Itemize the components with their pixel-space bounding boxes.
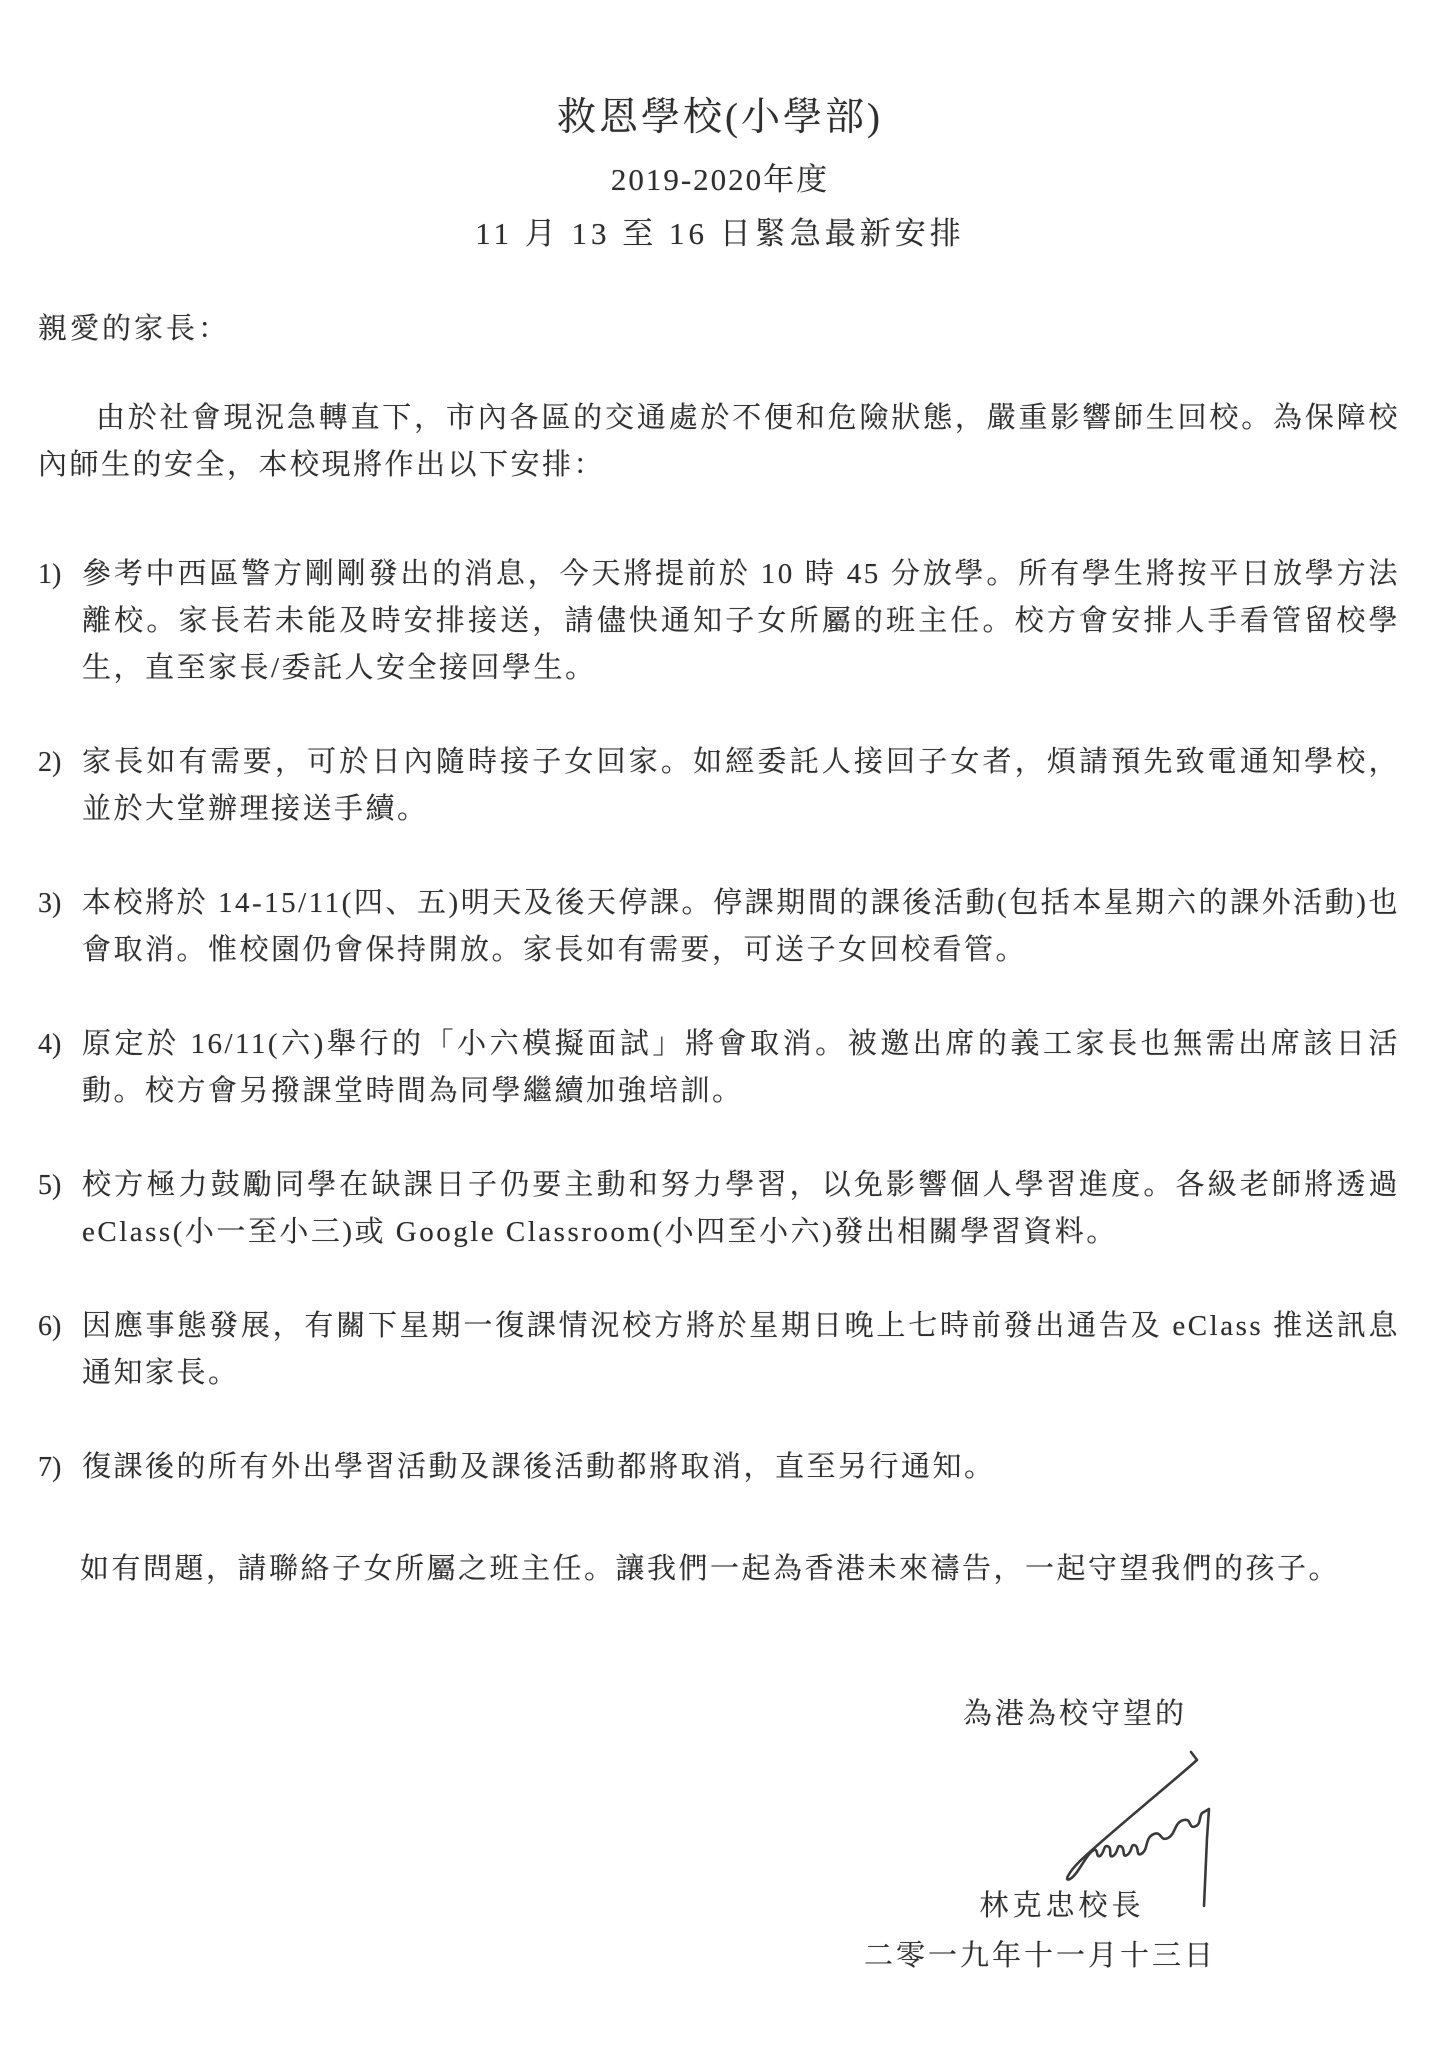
list-item: 3) 本校將於 14-15/11(四、五)明天及後天停課。停課期間的課後活動(包…	[38, 880, 1400, 974]
item-number: 1)	[38, 551, 82, 692]
list-item: 2) 家長如有需要，可於日內隨時接子女回家。如經委託人接回子女者，煩請預先致電通…	[38, 739, 1400, 833]
item-number: 3)	[38, 880, 82, 974]
list-item: 1) 參考中西區警方剛剛發出的消息，今天將提前於 10 時 45 分放學。所有學…	[38, 551, 1400, 692]
notice-page: 救恩學校(小學部) 2019-2020年度 11 月 13 至 16 日緊急最新…	[0, 0, 1440, 2066]
signer-name: 林克忠校長	[979, 1883, 1144, 1924]
item-number: 4)	[38, 1021, 82, 1115]
list-item: 6) 因應事態發展，有關下星期一復課情況校方將於星期日晚上七時前發出通告及 eC…	[38, 1303, 1400, 1397]
school-name: 救恩學校(小學部)	[0, 86, 1440, 142]
list-item: 5) 校方極力鼓勵同學在缺課日子仍要主動和努力學習，以免影響個人學習進度。各級老…	[38, 1162, 1400, 1256]
salutation: 親愛的家長：	[38, 306, 230, 347]
item-text: 家長如有需要，可於日內隨時接子女回家。如經委託人接回子女者，煩請預先致電通知學校…	[82, 739, 1400, 833]
school-year: 2019-2020年度	[0, 154, 1440, 199]
item-text: 校方極力鼓勵同學在缺課日子仍要主動和努力學習，以免影響個人學習進度。各級老師將透…	[82, 1162, 1400, 1256]
closing-paragraph: 如有問題，請聯絡子女所屬之班主任。讓我們一起為香港未來禱告，一起守望我們的孩子。	[80, 1546, 1400, 1593]
arrangements-list: 1) 參考中西區警方剛剛發出的消息，今天將提前於 10 時 45 分放學。所有學…	[38, 551, 1400, 1538]
intro-paragraph: 由於社會現況急轉直下，市內各區的交通處於不便和危險狀態，嚴重影響師生回校。為保障…	[38, 395, 1400, 489]
list-item: 7) 復課後的所有外出學習活動及課後活動都將取消，直至另行通知。	[38, 1444, 1400, 1491]
item-text: 復課後的所有外出學習活動及課後活動都將取消，直至另行通知。	[82, 1444, 1400, 1491]
item-number: 5)	[38, 1162, 82, 1256]
item-number: 2)	[38, 739, 82, 833]
item-text: 本校將於 14-15/11(四、五)明天及後天停課。停課期間的課後活動(包括本星…	[82, 880, 1400, 974]
notice-title: 11 月 13 至 16 日緊急最新安排	[0, 208, 1440, 253]
item-text: 因應事態發展，有關下星期一復課情況校方將於星期日晚上七時前發出通告及 eClas…	[82, 1303, 1400, 1397]
item-text: 參考中西區警方剛剛發出的消息，今天將提前於 10 時 45 分放學。所有學生將按…	[82, 551, 1400, 692]
item-text: 原定於 16/11(六)舉行的「小六模擬面試」將會取消。被邀出席的義工家長也無需…	[82, 1021, 1400, 1115]
signoff-line: 為港為校守望的	[963, 1691, 1187, 1732]
item-number: 6)	[38, 1303, 82, 1397]
item-number: 7)	[38, 1444, 82, 1491]
notice-date: 二零一九年十一月十三日	[864, 1933, 1216, 1974]
list-item: 4) 原定於 16/11(六)舉行的「小六模擬面試」將會取消。被邀出席的義工家長…	[38, 1021, 1400, 1115]
